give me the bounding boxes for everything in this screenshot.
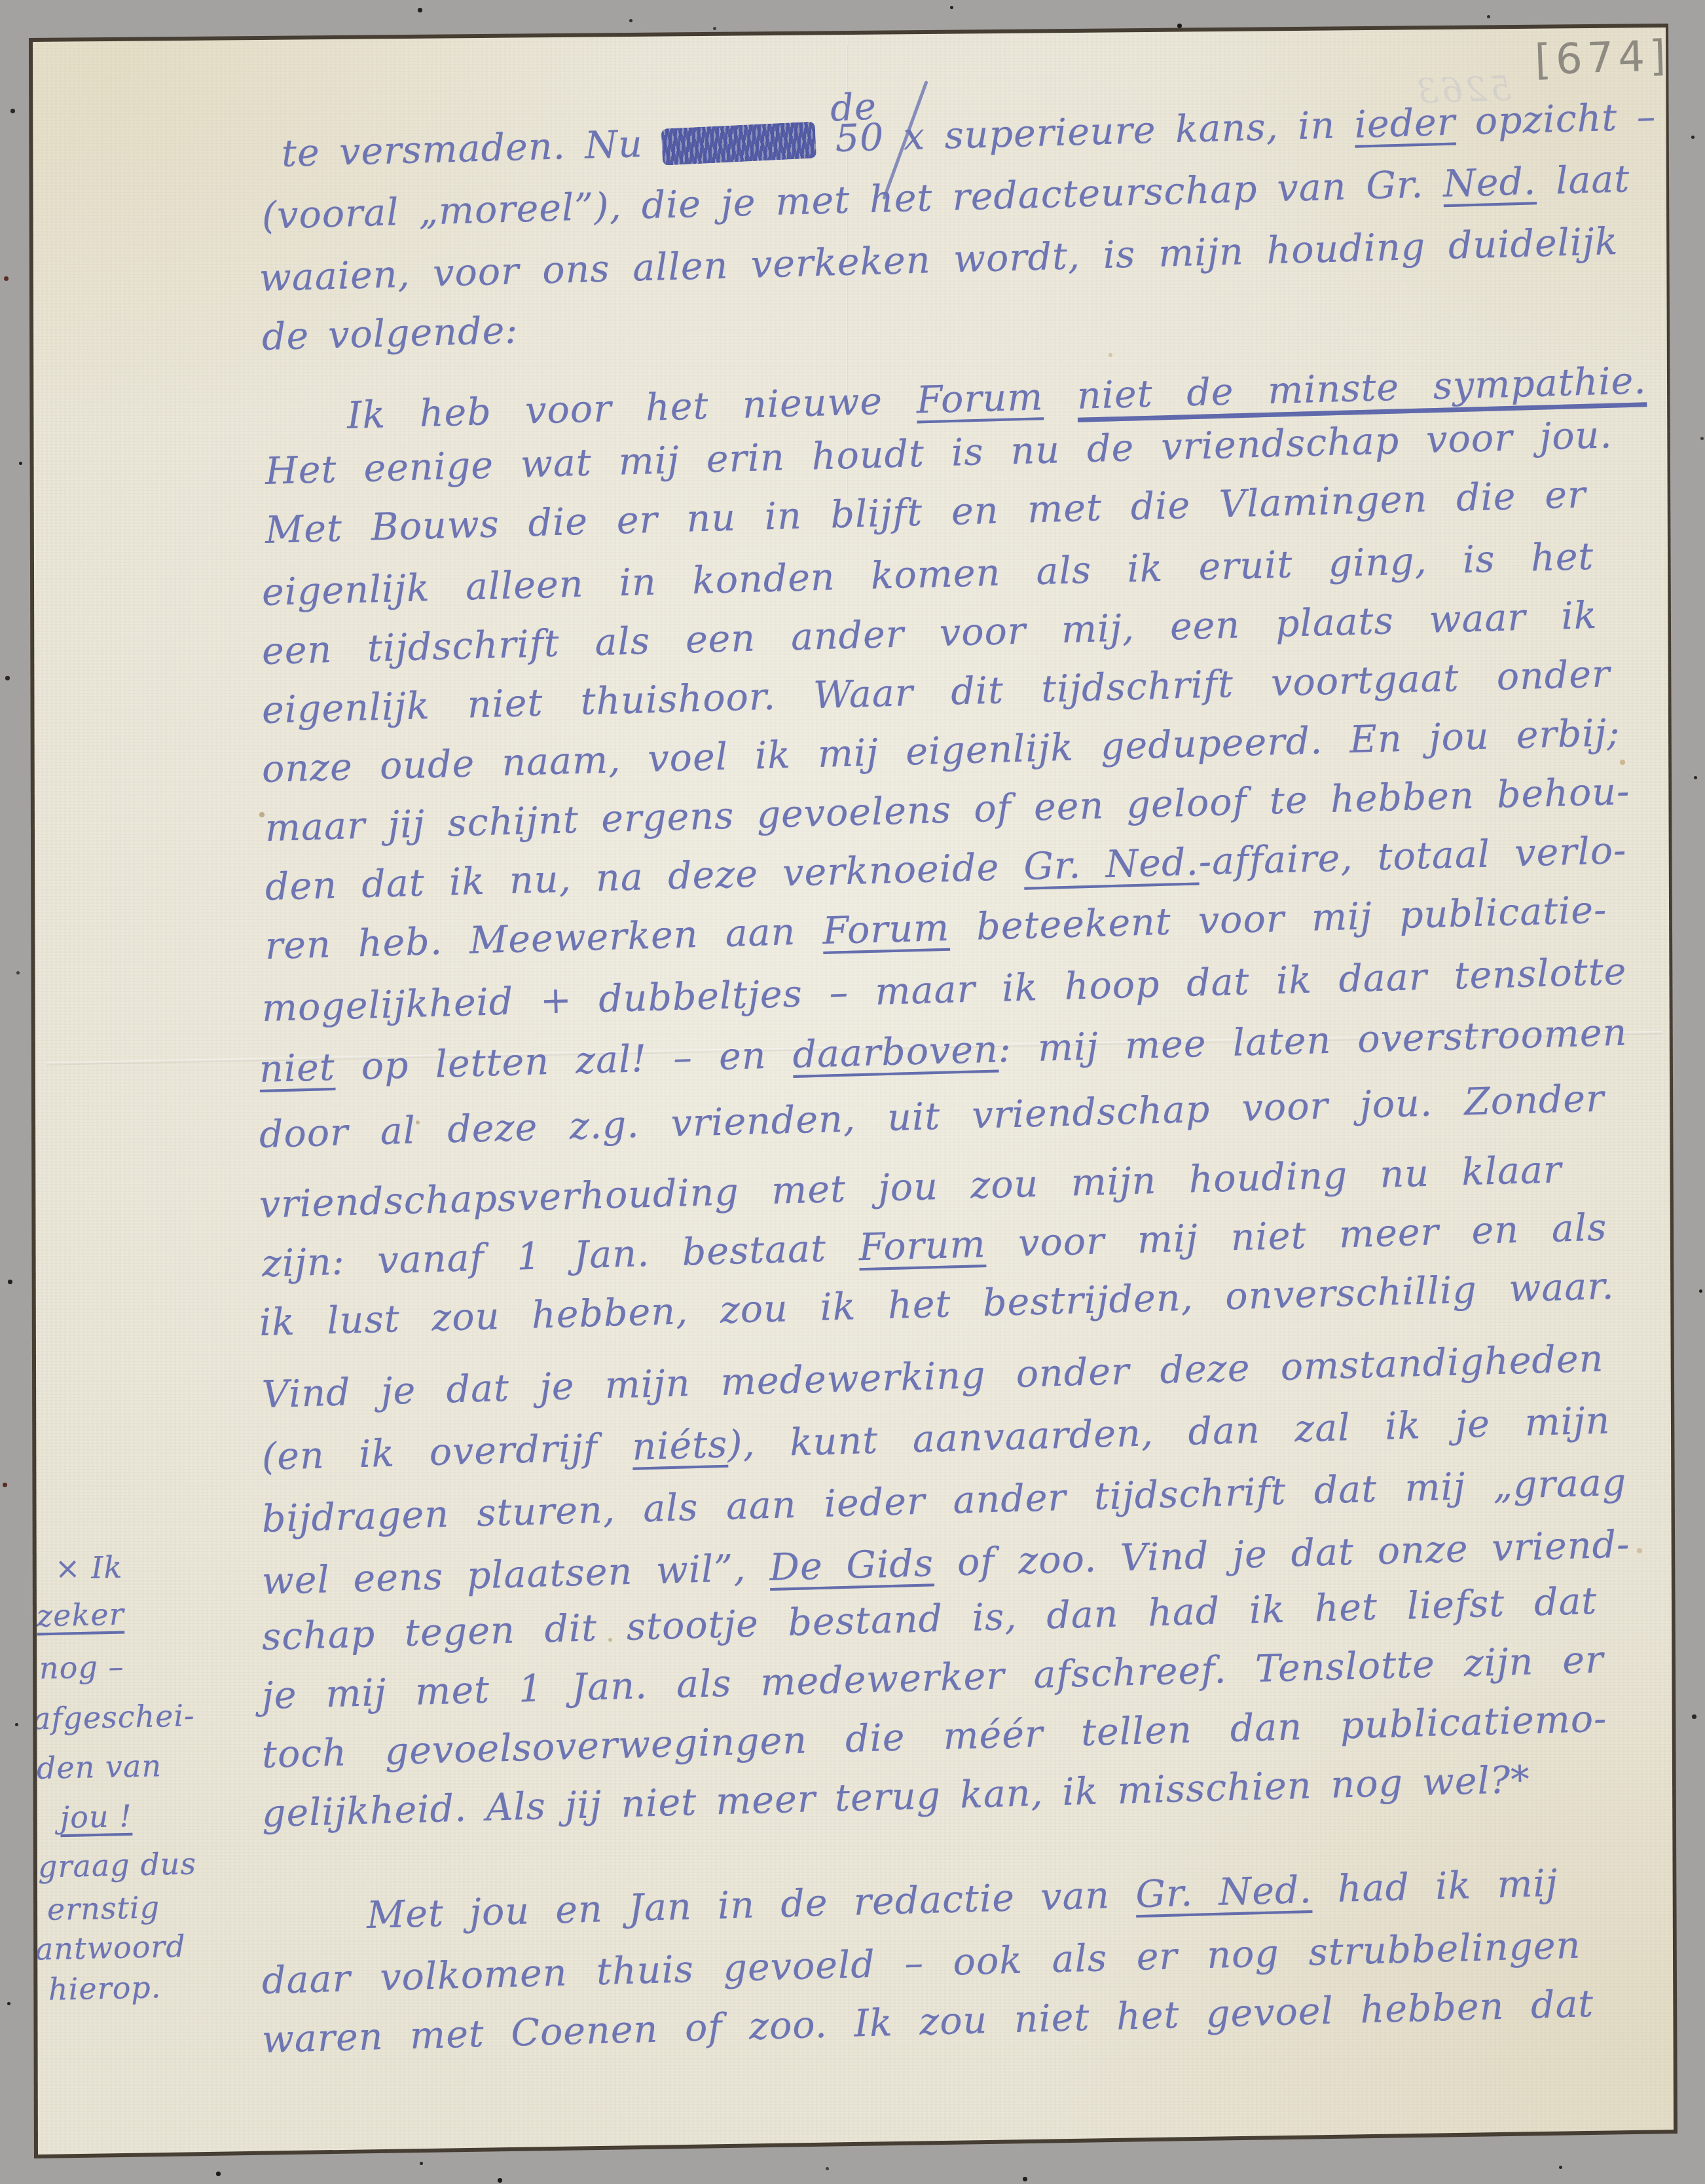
text-segment: ), kunt aanvaarden, dan zal ik je mijn bbox=[727, 1399, 1611, 1466]
text-segment bbox=[1042, 375, 1078, 418]
margin-text-segment: den van bbox=[36, 1748, 162, 1786]
text-segment: De Gids bbox=[769, 1542, 934, 1589]
text-segment: Met jou en Jan in de redactie van bbox=[366, 1873, 1136, 1937]
text-segment: -affaire, totaal verlo- bbox=[1198, 829, 1627, 884]
margin-line: ernstig bbox=[46, 1890, 160, 1927]
text-segment: niet de minste sympathie. bbox=[1076, 359, 1647, 417]
text-segment: Forum bbox=[916, 375, 1044, 422]
text-line: de volgende: bbox=[261, 306, 519, 361]
margin-line: jou ! bbox=[60, 1799, 132, 1834]
text-segment: Gr. Ned. bbox=[1023, 840, 1200, 888]
text-segment: de volgende: bbox=[261, 308, 519, 359]
text-segment: op letten zal! – en bbox=[335, 1033, 794, 1089]
text-segment: wel eens plaatsen wil”, bbox=[261, 1546, 770, 1603]
text-segment: 50 x superieure kans, in bbox=[815, 103, 1355, 161]
text-segment: Ned. bbox=[1442, 160, 1537, 206]
text-segment: of zoo. Vind je dat onze vriend- bbox=[933, 1523, 1630, 1585]
text-segment: ren heb. Meewerken aan bbox=[265, 910, 823, 968]
text-segment: voor mij niet meer en als bbox=[985, 1206, 1608, 1266]
text-segment: had ik mij bbox=[1311, 1862, 1559, 1912]
margin-line: zeker bbox=[36, 1597, 124, 1633]
margin-line: antwoord bbox=[35, 1929, 186, 1967]
text-segment: laat bbox=[1535, 157, 1630, 203]
margin-text-segment: ernstig bbox=[46, 1889, 160, 1927]
strikethrough-scribble bbox=[661, 121, 816, 165]
margin-line: hierop. bbox=[48, 1970, 161, 2007]
margin-line: × Ik bbox=[54, 1550, 122, 1585]
text-segment: Forum bbox=[858, 1223, 986, 1269]
text-segment: ieder bbox=[1354, 100, 1456, 146]
margin-text-segment: jou ! bbox=[60, 1798, 132, 1835]
text-segment: zijn: vanaf 1 Jan. bestaat bbox=[261, 1226, 860, 1286]
letter-page: [674] 5263 de te versmaden. Nu 50 x supe… bbox=[0, 0, 1705, 2184]
text-segment: beteekent voor mij publicatie- bbox=[949, 889, 1607, 950]
text-segment: : mij mee laten overstroomen bbox=[998, 1010, 1628, 1071]
text-segment: door al deze z.g. vrienden, uit vriendsc… bbox=[259, 1077, 1605, 1157]
dust-specks bbox=[0, 0, 2, 2]
archival-page-number: [674] bbox=[1534, 31, 1672, 84]
margin-text-segment: nog – bbox=[39, 1649, 124, 1686]
margin-text-segment: antwoord bbox=[35, 1929, 186, 1967]
text-segment: daarboven bbox=[792, 1027, 999, 1076]
photo-backdrop: [674] 5263 de te versmaden. Nu 50 x supe… bbox=[0, 0, 1705, 2184]
margin-text-segment: zeker bbox=[36, 1597, 124, 1634]
margin-line: graag dus bbox=[37, 1846, 196, 1883]
text-segment: Ik heb voor het nieuwe bbox=[346, 379, 917, 437]
margin-text-segment: graag dus bbox=[37, 1845, 196, 1884]
margin-line: den van bbox=[36, 1749, 162, 1785]
margin-line: afgeschei- bbox=[32, 1698, 195, 1735]
margin-text-segment: × Ik bbox=[54, 1549, 122, 1586]
margin-text-segment: hierop. bbox=[48, 1969, 161, 2007]
text-segment: Forum bbox=[822, 906, 950, 953]
text-segment: niet bbox=[259, 1046, 335, 1091]
text-segment: te versmaden. Nu bbox=[281, 122, 663, 176]
margin-line: nog – bbox=[39, 1650, 124, 1686]
text-segment: opzicht – bbox=[1455, 95, 1657, 143]
margin-text-segment: afgeschei- bbox=[32, 1697, 195, 1736]
text-segment: den dat ik nu, na deze verknoeide bbox=[265, 845, 1024, 909]
text-segment: (en ik overdrijf bbox=[261, 1426, 632, 1479]
text-segment: niéts bbox=[632, 1423, 729, 1469]
text-segment: Gr. Ned. bbox=[1135, 1868, 1312, 1916]
